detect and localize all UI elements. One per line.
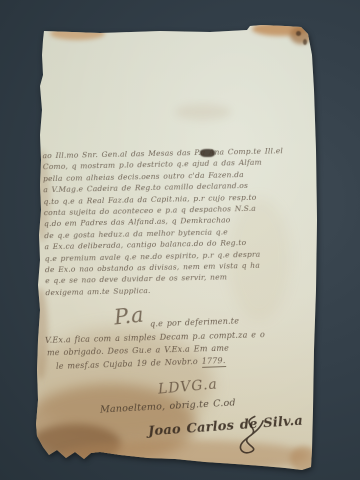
- closing-line: me obrigado. Deos Gu.e a V.Ex.a Em ame: [47, 344, 229, 358]
- paper-surface: ao Ill.mo Snr. Gen.al das Mesas das P.a …: [0, 0, 360, 480]
- closing-line: V.Ex.a fica com a simples Decam p.a comp…: [45, 330, 265, 345]
- signature-flourish: [225, 413, 272, 458]
- stain-bottom-strip: [58, 440, 310, 472]
- stain-left-lower: [33, 288, 48, 380]
- closing-flourish: P.a: [113, 303, 145, 330]
- stain-top-right: [252, 22, 310, 36]
- rubric-flourish: LDVG.a: [157, 376, 218, 397]
- photo-stage: ao Ill.mo Snr. Gen.al das Mesas das P.a …: [0, 0, 360, 480]
- date-year: 1779.: [201, 356, 225, 367]
- stain-center-smudge: [175, 104, 231, 120]
- date-place-text: le mesf.as Cujaba 19 de Novbr.o: [56, 357, 202, 371]
- stain-top-right-corner: [290, 26, 312, 44]
- ink-speck: [296, 31, 301, 36]
- stain-bottom-right: [290, 446, 318, 472]
- date-line: le mesf.as Cujaba 19 de Novbr.o 1779.: [56, 356, 226, 371]
- closing-line: q.e por deferimen.te: [150, 316, 239, 328]
- stain-top-left: [50, 27, 105, 40]
- ink-speck: [303, 39, 307, 45]
- document-page: ao Ill.mo Snr. Gen.al das Mesas das P.a …: [0, 0, 360, 480]
- manuscript-body: ao Ill.mo Snr. Gen.al das Mesas das P.a …: [42, 146, 257, 299]
- courtesy-line: Manoeltemo, obrig.te C.od: [100, 397, 236, 415]
- stain-bottom-left-core: [29, 424, 121, 464]
